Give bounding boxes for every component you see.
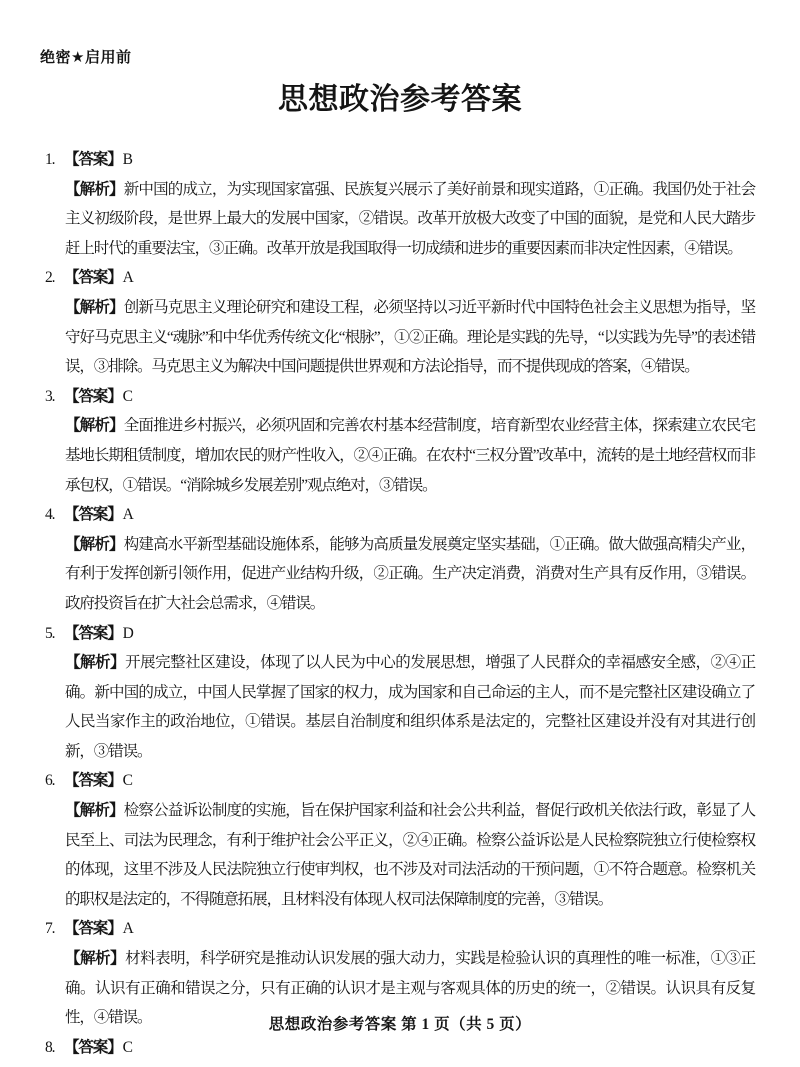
analysis-text: 新中国的成立，为实现国家富强、民族复兴展示了美好前景和现实道路，①正确。我国仍处… [65,181,755,257]
question-number: 2. [45,263,58,293]
question-number: 4. [45,500,58,530]
analysis-text: 检察公益诉讼制度的实施，旨在保护国家利益和社会公共利益，督促行政机关依法行政，彰… [65,802,755,908]
answer-line: 8.【答案】C [45,1033,755,1063]
answer-label: 【答案】 [64,269,122,286]
question-number: 5. [45,619,58,649]
analysis-paragraph: 【解析】开展完整社区建设，体现了以人民为中心的发展思想，增强了人民群众的幸福感安… [65,648,755,766]
analysis-label: 【解析】 [65,417,124,434]
analysis-label: 【解析】 [65,181,124,198]
question-number: 6. [45,766,58,796]
question-block-3: 3.【答案】C 【解析】全面推进乡村振兴，必须巩固和完善农村基本经营制度，培育新… [45,382,755,500]
answer-key-content: 1.【答案】B 【解析】新中国的成立，为实现国家富强、民族复兴展示了美好前景和现… [45,145,755,1062]
security-marking: 绝密★启用前 [40,46,131,67]
analysis-paragraph: 【解析】全面推进乡村振兴，必须巩固和完善农村基本经营制度，培育新型农业经营主体，… [65,411,755,500]
question-block-2: 2.【答案】A 【解析】创新马克思主义理论研究和建设工程，必须坚持以习近平新时代… [45,263,755,381]
analysis-paragraph: 【解析】检察公益诉讼制度的实施，旨在保护国家利益和社会公共利益，督促行政机关依法… [65,796,755,914]
question-block-8: 8.【答案】C [45,1033,755,1063]
answer-line: 2.【答案】A [45,263,755,293]
answer-value: D [123,625,133,642]
answer-value: B [123,151,132,168]
page-footer: 思想政治参考答案 第 1 页（共 5 页） [0,1012,800,1034]
analysis-label: 【解析】 [65,950,125,967]
question-number: 3. [45,382,58,412]
analysis-paragraph: 【解析】创新马克思主义理论研究和建设工程，必须坚持以习近平新时代中国特色社会主义… [65,293,755,382]
answer-label: 【答案】 [64,920,122,937]
answer-label: 【答案】 [64,151,122,168]
answer-line: 7.【答案】A [45,914,755,944]
answer-label: 【答案】 [64,506,122,523]
analysis-label: 【解析】 [65,654,125,671]
answer-label: 【答案】 [64,388,122,405]
analysis-text: 创新马克思主义理论研究和建设工程，必须坚持以习近平新时代中国特色社会主义思想为指… [65,299,755,375]
answer-value: A [123,269,133,286]
document-page: 绝密★启用前 思想政治参考答案 1.【答案】B 【解析】新中国的成立，为实现国家… [0,0,800,1067]
answer-value: C [123,772,132,789]
analysis-text: 全面推进乡村振兴，必须巩固和完善农村基本经营制度，培育新型农业经营主体，探索建立… [65,417,755,493]
page-title: 思想政治参考答案 [0,74,800,118]
answer-line: 6.【答案】C [45,766,755,796]
answer-label: 【答案】 [64,772,122,789]
analysis-text: 开展完整社区建设，体现了以人民为中心的发展思想，增强了人民群众的幸福感安全感，②… [65,654,755,760]
answer-value: C [123,388,132,405]
analysis-text: 构建高水平新型基础设施体系，能够为高质量发展奠定坚实基础，①正确。做大做强高精尖… [65,536,755,612]
analysis-label: 【解析】 [65,802,124,819]
question-number: 1. [45,145,58,175]
answer-line: 3.【答案】C [45,382,755,412]
question-number: 7. [45,914,58,944]
question-block-6: 6.【答案】C 【解析】检察公益诉讼制度的实施，旨在保护国家利益和社会公共利益，… [45,766,755,914]
answer-line: 1.【答案】B [45,145,755,175]
answer-line: 5.【答案】D [45,619,755,649]
answer-value: C [123,1039,132,1056]
answer-value: A [123,506,133,523]
question-number: 8. [45,1033,58,1063]
question-block-4: 4.【答案】A 【解析】构建高水平新型基础设施体系，能够为高质量发展奠定坚实基础… [45,500,755,618]
question-block-1: 1.【答案】B 【解析】新中国的成立，为实现国家富强、民族复兴展示了美好前景和现… [45,145,755,263]
answer-value: A [123,920,133,937]
analysis-label: 【解析】 [65,299,124,316]
analysis-label: 【解析】 [65,536,124,553]
analysis-paragraph: 【解析】新中国的成立，为实现国家富强、民族复兴展示了美好前景和现实道路，①正确。… [65,175,755,264]
answer-line: 4.【答案】A [45,500,755,530]
question-block-5: 5.【答案】D 【解析】开展完整社区建设，体现了以人民为中心的发展思想，增强了人… [45,619,755,767]
answer-label: 【答案】 [64,1039,122,1056]
answer-label: 【答案】 [64,625,122,642]
analysis-paragraph: 【解析】构建高水平新型基础设施体系，能够为高质量发展奠定坚实基础，①正确。做大做… [65,530,755,619]
